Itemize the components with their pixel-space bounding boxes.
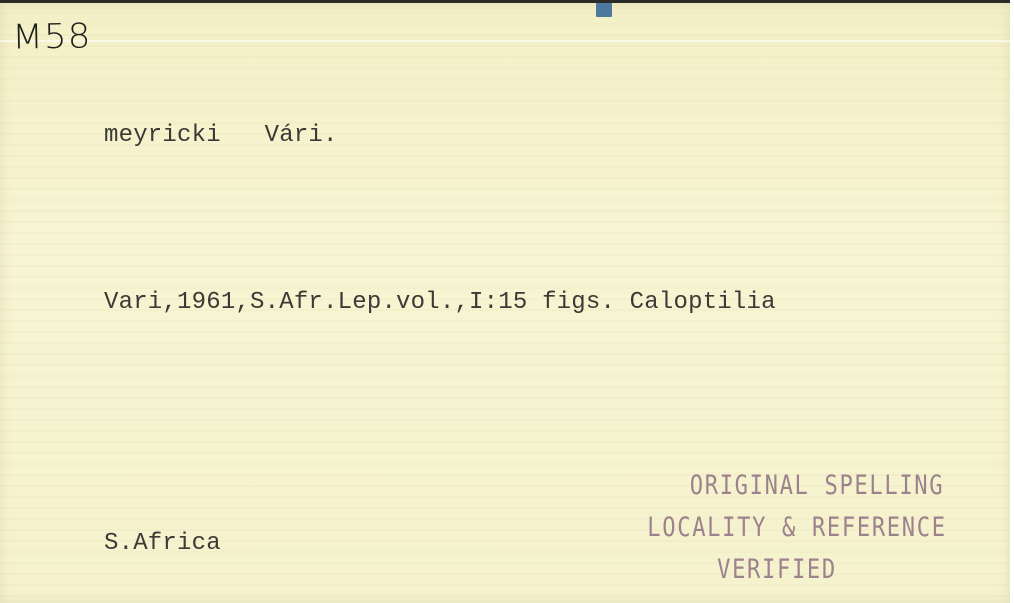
catalog-number: M58: [12, 16, 92, 57]
clip-tab-marker: [596, 3, 612, 17]
scan-edge: [1010, 0, 1014, 603]
index-card: M58 meyricki Vári. Vari,1961,S.Afr.Lep.v…: [0, 3, 1010, 603]
card-crease: [0, 40, 1010, 42]
species-name: meyricki Vári.: [104, 122, 338, 149]
stamp-line-verified: VERIFIED: [609, 549, 945, 591]
stamp-line-locality-reference: LOCALITY & REFERENCE: [645, 507, 948, 549]
verification-stamp: ORIGINAL SPELLING LOCALITY & REFERENCE V…: [612, 465, 982, 591]
reference-citation: Vari,1961,S.Afr.Lep.vol.,I:15 figs. Calo…: [104, 289, 776, 316]
locality: S.Africa: [104, 530, 221, 557]
stamp-line-original-spelling: ORIGINAL SPELLING: [682, 465, 953, 507]
